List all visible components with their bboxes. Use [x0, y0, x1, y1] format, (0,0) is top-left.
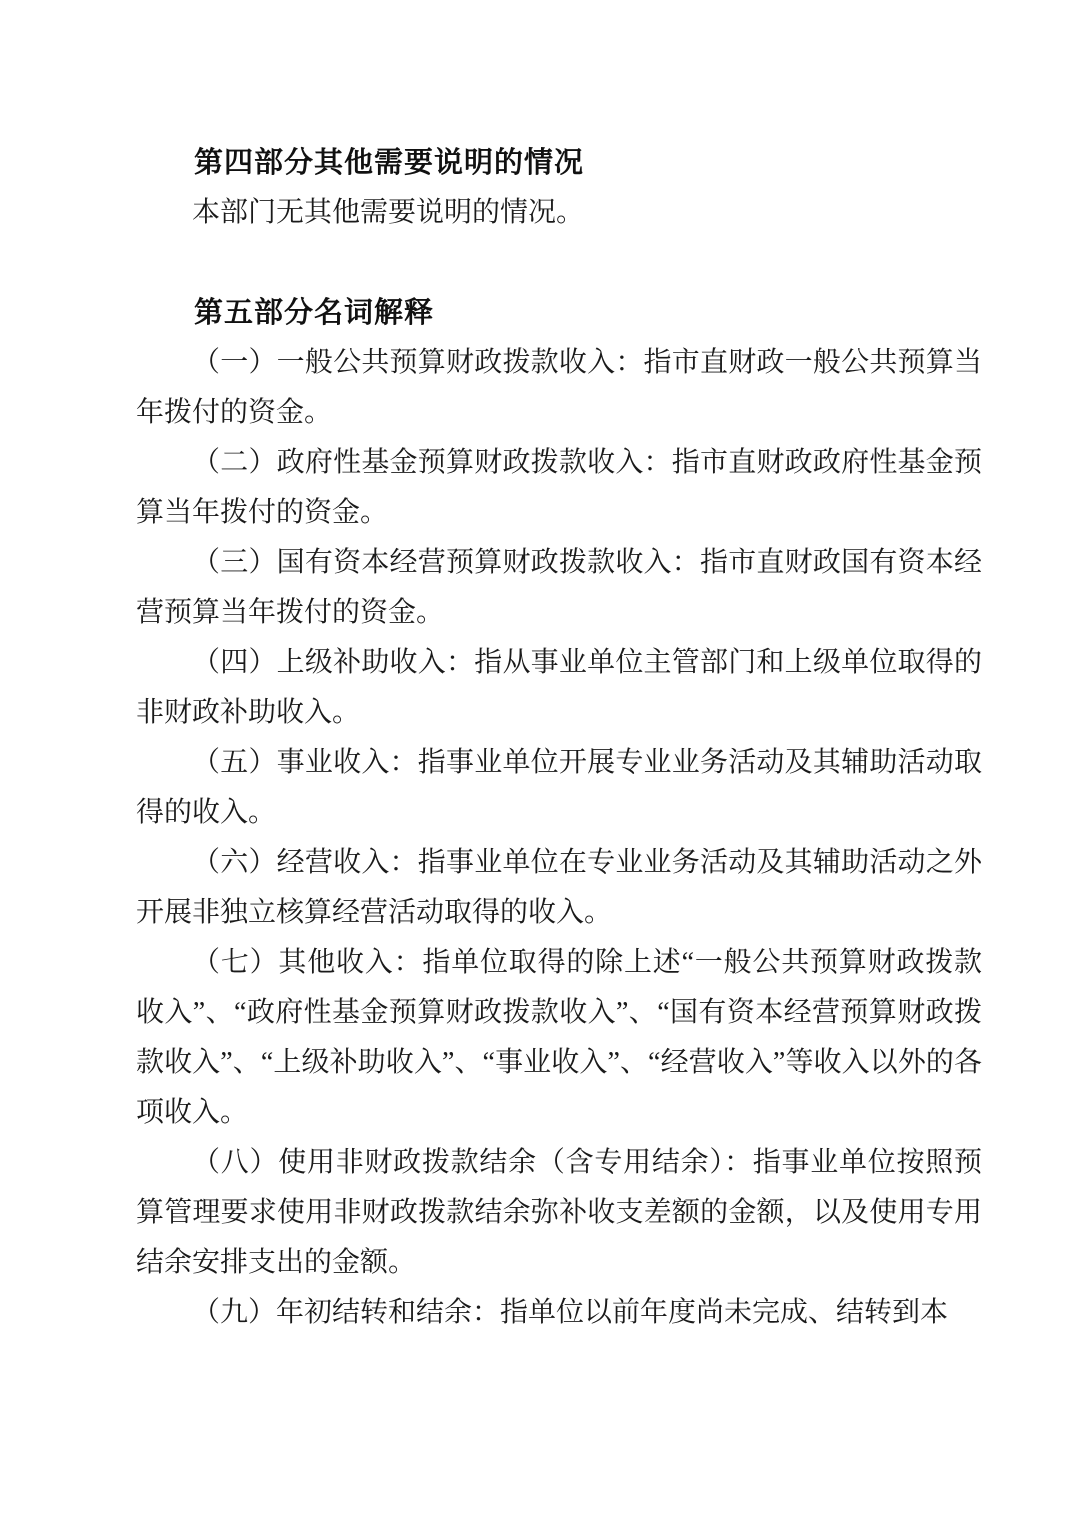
- definition-item-1: （一）一般公共预算财政拨款收入：指市直财政一般公共预算当年拨付的资金。: [136, 338, 982, 438]
- blank-line-spacer: [136, 238, 982, 288]
- definition-item-9: （九）年初结转和结余：指单位以前年度尚未完成、结转到本: [136, 1288, 982, 1338]
- section-5-heading: 第五部分名词解释: [136, 288, 982, 338]
- definition-item-5: （五）事业收入：指事业单位开展专业业务活动及其辅助活动取得的收入。: [136, 738, 982, 838]
- document-page: 第四部分其他需要说明的情况 本部门无其他需要说明的情况。 第五部分名词解释 （一…: [136, 138, 982, 1338]
- definition-item-3: （三）国有资本经营预算财政拨款收入：指市直财政国有资本经营预算当年拨付的资金。: [136, 538, 982, 638]
- definition-item-4: （四）上级补助收入：指从事业单位主管部门和上级单位取得的非财政补助收入。: [136, 638, 982, 738]
- definition-item-6: （六）经营收入：指事业单位在专业业务活动及其辅助活动之外开展非独立核算经营活动取…: [136, 838, 982, 938]
- definition-item-7: （七）其他收入：指单位取得的除上述“一般公共预算财政拨款收入”、“政府性基金预算…: [136, 938, 982, 1138]
- section-4-heading: 第四部分其他需要说明的情况: [136, 138, 982, 188]
- definition-item-2: （二）政府性基金预算财政拨款收入：指市直财政政府性基金预算当年拨付的资金。: [136, 438, 982, 538]
- section-4-body: 本部门无其他需要说明的情况。: [136, 188, 982, 238]
- definition-item-8: （八）使用非财政拨款结余（含专用结余）：指事业单位按照预算管理要求使用非财政拨款…: [136, 1138, 982, 1288]
